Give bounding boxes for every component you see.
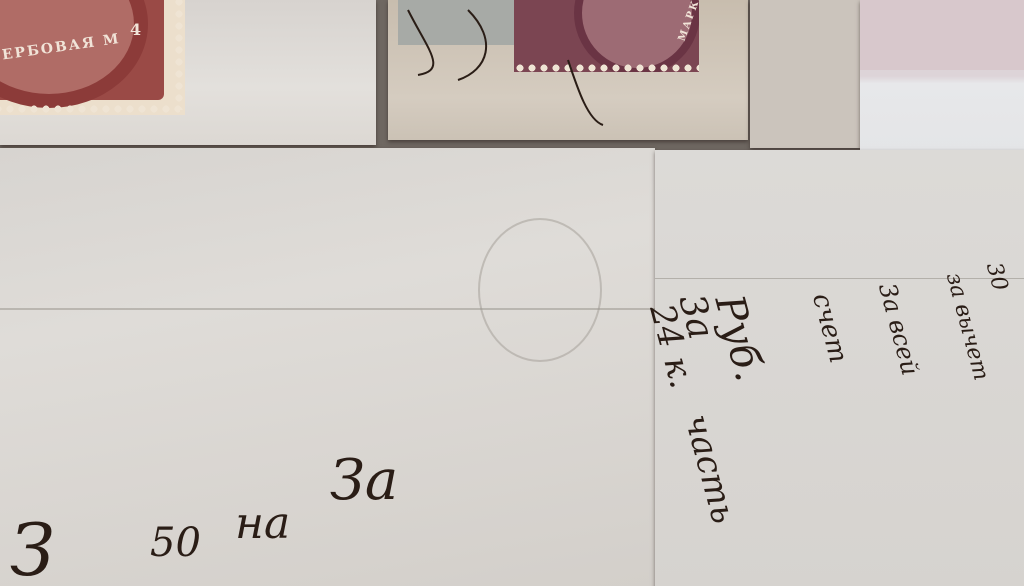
handwriting-line-5: счет <box>806 290 853 366</box>
bottom-left-document: За на 50 З <box>0 148 655 586</box>
handwriting-z: З <box>10 508 55 586</box>
embossed-seal <box>478 218 602 362</box>
right-page-fold <box>655 278 1024 279</box>
bottom-right-document: Руб. 3а 24 к. часть счет 3а всей за выче… <box>655 150 1024 586</box>
top-middle-document: МАРКА <box>388 0 748 140</box>
ink-scribble <box>388 0 748 140</box>
red-stamp-perforation <box>0 103 180 115</box>
fold-crease <box>0 308 655 310</box>
top-right-document <box>750 0 860 148</box>
red-stamp: ГЕРБОВАЯ М 4 <box>0 0 185 115</box>
red-stamp-perforation-side <box>173 0 185 110</box>
handwriting-line-1: Руб. <box>706 290 773 386</box>
pink-stamp <box>860 0 1024 70</box>
red-stamp-digit: 4 <box>130 20 143 39</box>
photo-scene: ГЕРБОВАЯ М 4 МАРКА За на 50 З Руб. 3а <box>0 0 1024 586</box>
handwriting-za: За <box>330 448 398 513</box>
handwriting-line-0: 30 <box>981 260 1012 294</box>
handwriting-50: 50 <box>150 520 201 566</box>
handwriting-na: на <box>235 498 290 549</box>
handwriting-line-6: 3а всей <box>873 280 924 378</box>
top-left-document: ГЕРБОВАЯ М 4 <box>0 0 376 145</box>
handwriting-line-4: часть <box>676 410 743 528</box>
top-far-right-document <box>860 0 1024 152</box>
